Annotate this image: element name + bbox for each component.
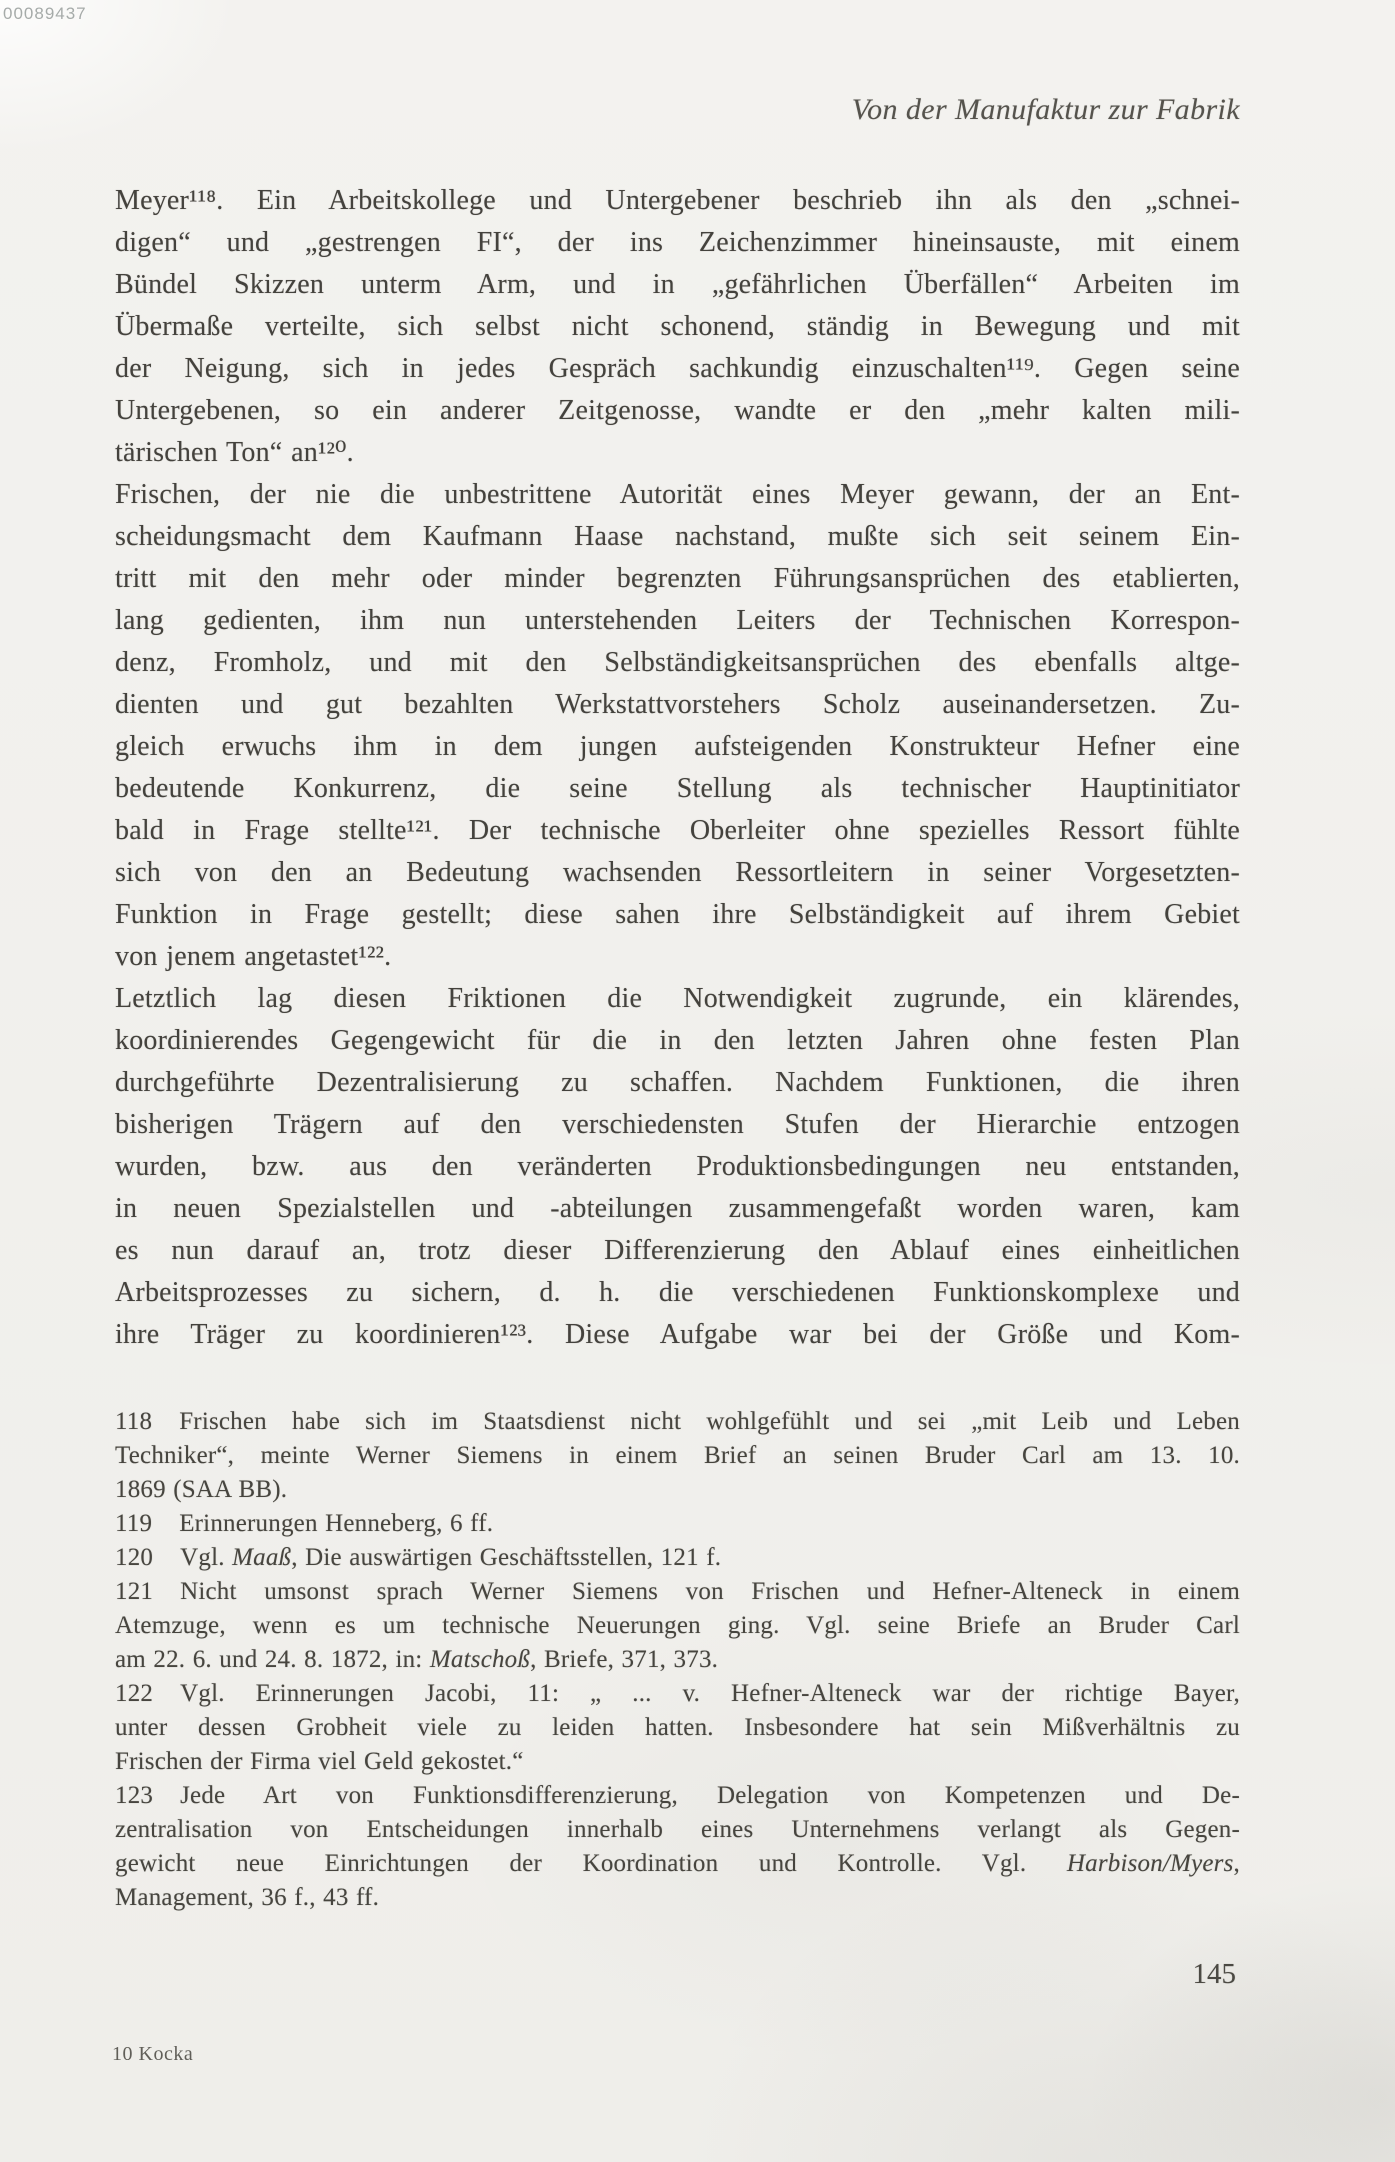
footnote-number: 121 bbox=[115, 1578, 153, 1605]
text-line: Übermaße verteilte, sich selbst nicht sc… bbox=[115, 306, 1240, 348]
footnote-line: Management, 36 f., 43 ff. bbox=[115, 1881, 1240, 1915]
footnote-text: , Briefe, 371, 373. bbox=[530, 1646, 718, 1673]
footnote-line: Frischen der Firma viel Geld gekostet.“ bbox=[115, 1745, 1240, 1779]
footnote-line: 119Erinnerungen Henneberg, 6 ff. bbox=[115, 1507, 1240, 1541]
text-line: sich von den an Bedeutung wachsenden Res… bbox=[115, 852, 1240, 894]
text-line: Untergebenen, so ein anderer Zeitgenosse… bbox=[115, 390, 1240, 432]
footnote-line: gewicht neue Einrichtungen der Koordinat… bbox=[115, 1847, 1240, 1881]
scan-watermark-number: 00089437 bbox=[3, 4, 87, 24]
body-text: Meyer¹¹⁸. Ein Arbeitskollege und Unterge… bbox=[115, 180, 1240, 1356]
signature-mark: 10 Kocka bbox=[112, 2043, 193, 2066]
footnote-line: am 22. 6. und 24. 8. 1872, in: Matschoß,… bbox=[115, 1643, 1240, 1677]
text-line: durchgeführte Dezentralisierung zu schaf… bbox=[115, 1062, 1240, 1104]
text-line: ihre Träger zu koordinieren¹²³. Diese Au… bbox=[115, 1314, 1240, 1356]
footnotes: 118Frischen habe sich im Staatsdienst ni… bbox=[115, 1405, 1240, 1915]
footnote-line: unter dessen Grobheit viele zu leiden ha… bbox=[115, 1711, 1240, 1745]
text-line: digen“ und „gestrengen FI“, der ins Zeic… bbox=[115, 222, 1240, 264]
text-line: bald in Frage stellte¹²¹. Der technische… bbox=[115, 810, 1240, 852]
footnote-text: Erinnerungen Henneberg, 6 ff. bbox=[179, 1510, 493, 1537]
text-line: in neuen Spezialstellen und -abteilungen… bbox=[115, 1188, 1240, 1230]
footnote-citation-italic: Matschoß bbox=[430, 1646, 530, 1673]
footnote-number: 123 bbox=[115, 1782, 153, 1809]
footnote-line: 123Jede Art von Funktionsdifferenzierung… bbox=[115, 1779, 1240, 1813]
footnote-line: 120Vgl. Maaß, Die auswärtigen Geschäftss… bbox=[115, 1541, 1240, 1575]
text-line: gleich erwuchs ihm in dem jungen aufstei… bbox=[115, 726, 1240, 768]
footnote-line: 121Nicht umsonst sprach Werner Siemens v… bbox=[115, 1575, 1240, 1609]
paragraph-end-line: von jenem angetastet¹²². bbox=[115, 936, 1240, 978]
running-header: Von der Manufaktur zur Fabrik bbox=[115, 93, 1240, 127]
text-line: bedeutende Konkurrenz, die seine Stellun… bbox=[115, 768, 1240, 810]
footnote-number: 122 bbox=[115, 1680, 153, 1707]
text-line: bisherigen Trägern auf den verschiedenst… bbox=[115, 1104, 1240, 1146]
text-line: denz, Fromholz, und mit den Selbständigk… bbox=[115, 642, 1240, 684]
footnote-line: zentralisation von Entscheidungen innerh… bbox=[115, 1813, 1240, 1847]
text-line: dienten und gut bezahlten Werkstattvorst… bbox=[115, 684, 1240, 726]
footnote-line: Techniker“, meinte Werner Siemens in ein… bbox=[115, 1439, 1240, 1473]
footnote-text: , bbox=[1234, 1850, 1240, 1877]
footnote-line: 1869 (SAA BB). bbox=[115, 1473, 1240, 1507]
text-line: Frischen, der nie die unbestrittene Auto… bbox=[115, 474, 1240, 516]
footnote-text: Frischen habe sich im Staatsdienst nicht… bbox=[179, 1408, 1240, 1435]
footnote-citation-italic: Maaß bbox=[232, 1544, 291, 1571]
footnote-citation-italic: Harbison/Myers bbox=[1067, 1850, 1234, 1877]
text-line: Letztlich lag diesen Friktionen die Notw… bbox=[115, 978, 1240, 1020]
text-line: koordinierendes Gegengewicht für die in … bbox=[115, 1020, 1240, 1062]
footnote-text: gewicht neue Einrichtungen der Koordinat… bbox=[115, 1850, 1067, 1877]
footnote-number: 120 bbox=[115, 1544, 153, 1571]
text-line: Meyer¹¹⁸. Ein Arbeitskollege und Unterge… bbox=[115, 180, 1240, 222]
text-line: es nun darauf an, trotz dieser Differenz… bbox=[115, 1230, 1240, 1272]
text-line: Bündel Skizzen unterm Arm, und in „gefäh… bbox=[115, 264, 1240, 306]
text-line: tritt mit den mehr oder minder begrenzte… bbox=[115, 558, 1240, 600]
text-line: scheidungsmacht dem Kaufmann Haase nachs… bbox=[115, 516, 1240, 558]
text-line: Funktion in Frage gestellt; diese sahen … bbox=[115, 894, 1240, 936]
footnote-line: 118Frischen habe sich im Staatsdienst ni… bbox=[115, 1405, 1240, 1439]
footnote-text: Vgl. Erinnerungen Jacobi, 11: „ ... v. H… bbox=[180, 1680, 1240, 1707]
footnote-number: 119 bbox=[115, 1510, 152, 1537]
footnote-text: Vgl. bbox=[180, 1544, 232, 1571]
text-line: wurden, bzw. aus den veränderten Produkt… bbox=[115, 1146, 1240, 1188]
footnote-text: Nicht umsonst sprach Werner Siemens von … bbox=[180, 1578, 1240, 1605]
footnote-line: Atemzuge, wenn es um technische Neuerung… bbox=[115, 1609, 1240, 1643]
footnote-text: , Die auswärtigen Geschäftsstellen, 121 … bbox=[291, 1544, 721, 1571]
text-line: lang gedienten, ihm nun unterstehenden L… bbox=[115, 600, 1240, 642]
text-line: der Neigung, sich in jedes Gespräch sach… bbox=[115, 348, 1240, 390]
footnote-text: Jede Art von Funktionsdifferenzierung, D… bbox=[180, 1782, 1240, 1809]
scanned-book-page: 00089437 Von der Manufaktur zur Fabrik M… bbox=[0, 0, 1395, 2162]
footnote-text: am 22. 6. und 24. 8. 1872, in: bbox=[115, 1646, 430, 1673]
text-line: Arbeitsprozesses zu sichern, d. h. die v… bbox=[115, 1272, 1240, 1314]
footnote-line: 122Vgl. Erinnerungen Jacobi, 11: „ ... v… bbox=[115, 1677, 1240, 1711]
paragraph-end-line: tärischen Ton“ an¹²⁰. bbox=[115, 432, 1240, 474]
page-number: 145 bbox=[115, 1958, 1240, 1991]
footnote-number: 118 bbox=[115, 1408, 152, 1435]
